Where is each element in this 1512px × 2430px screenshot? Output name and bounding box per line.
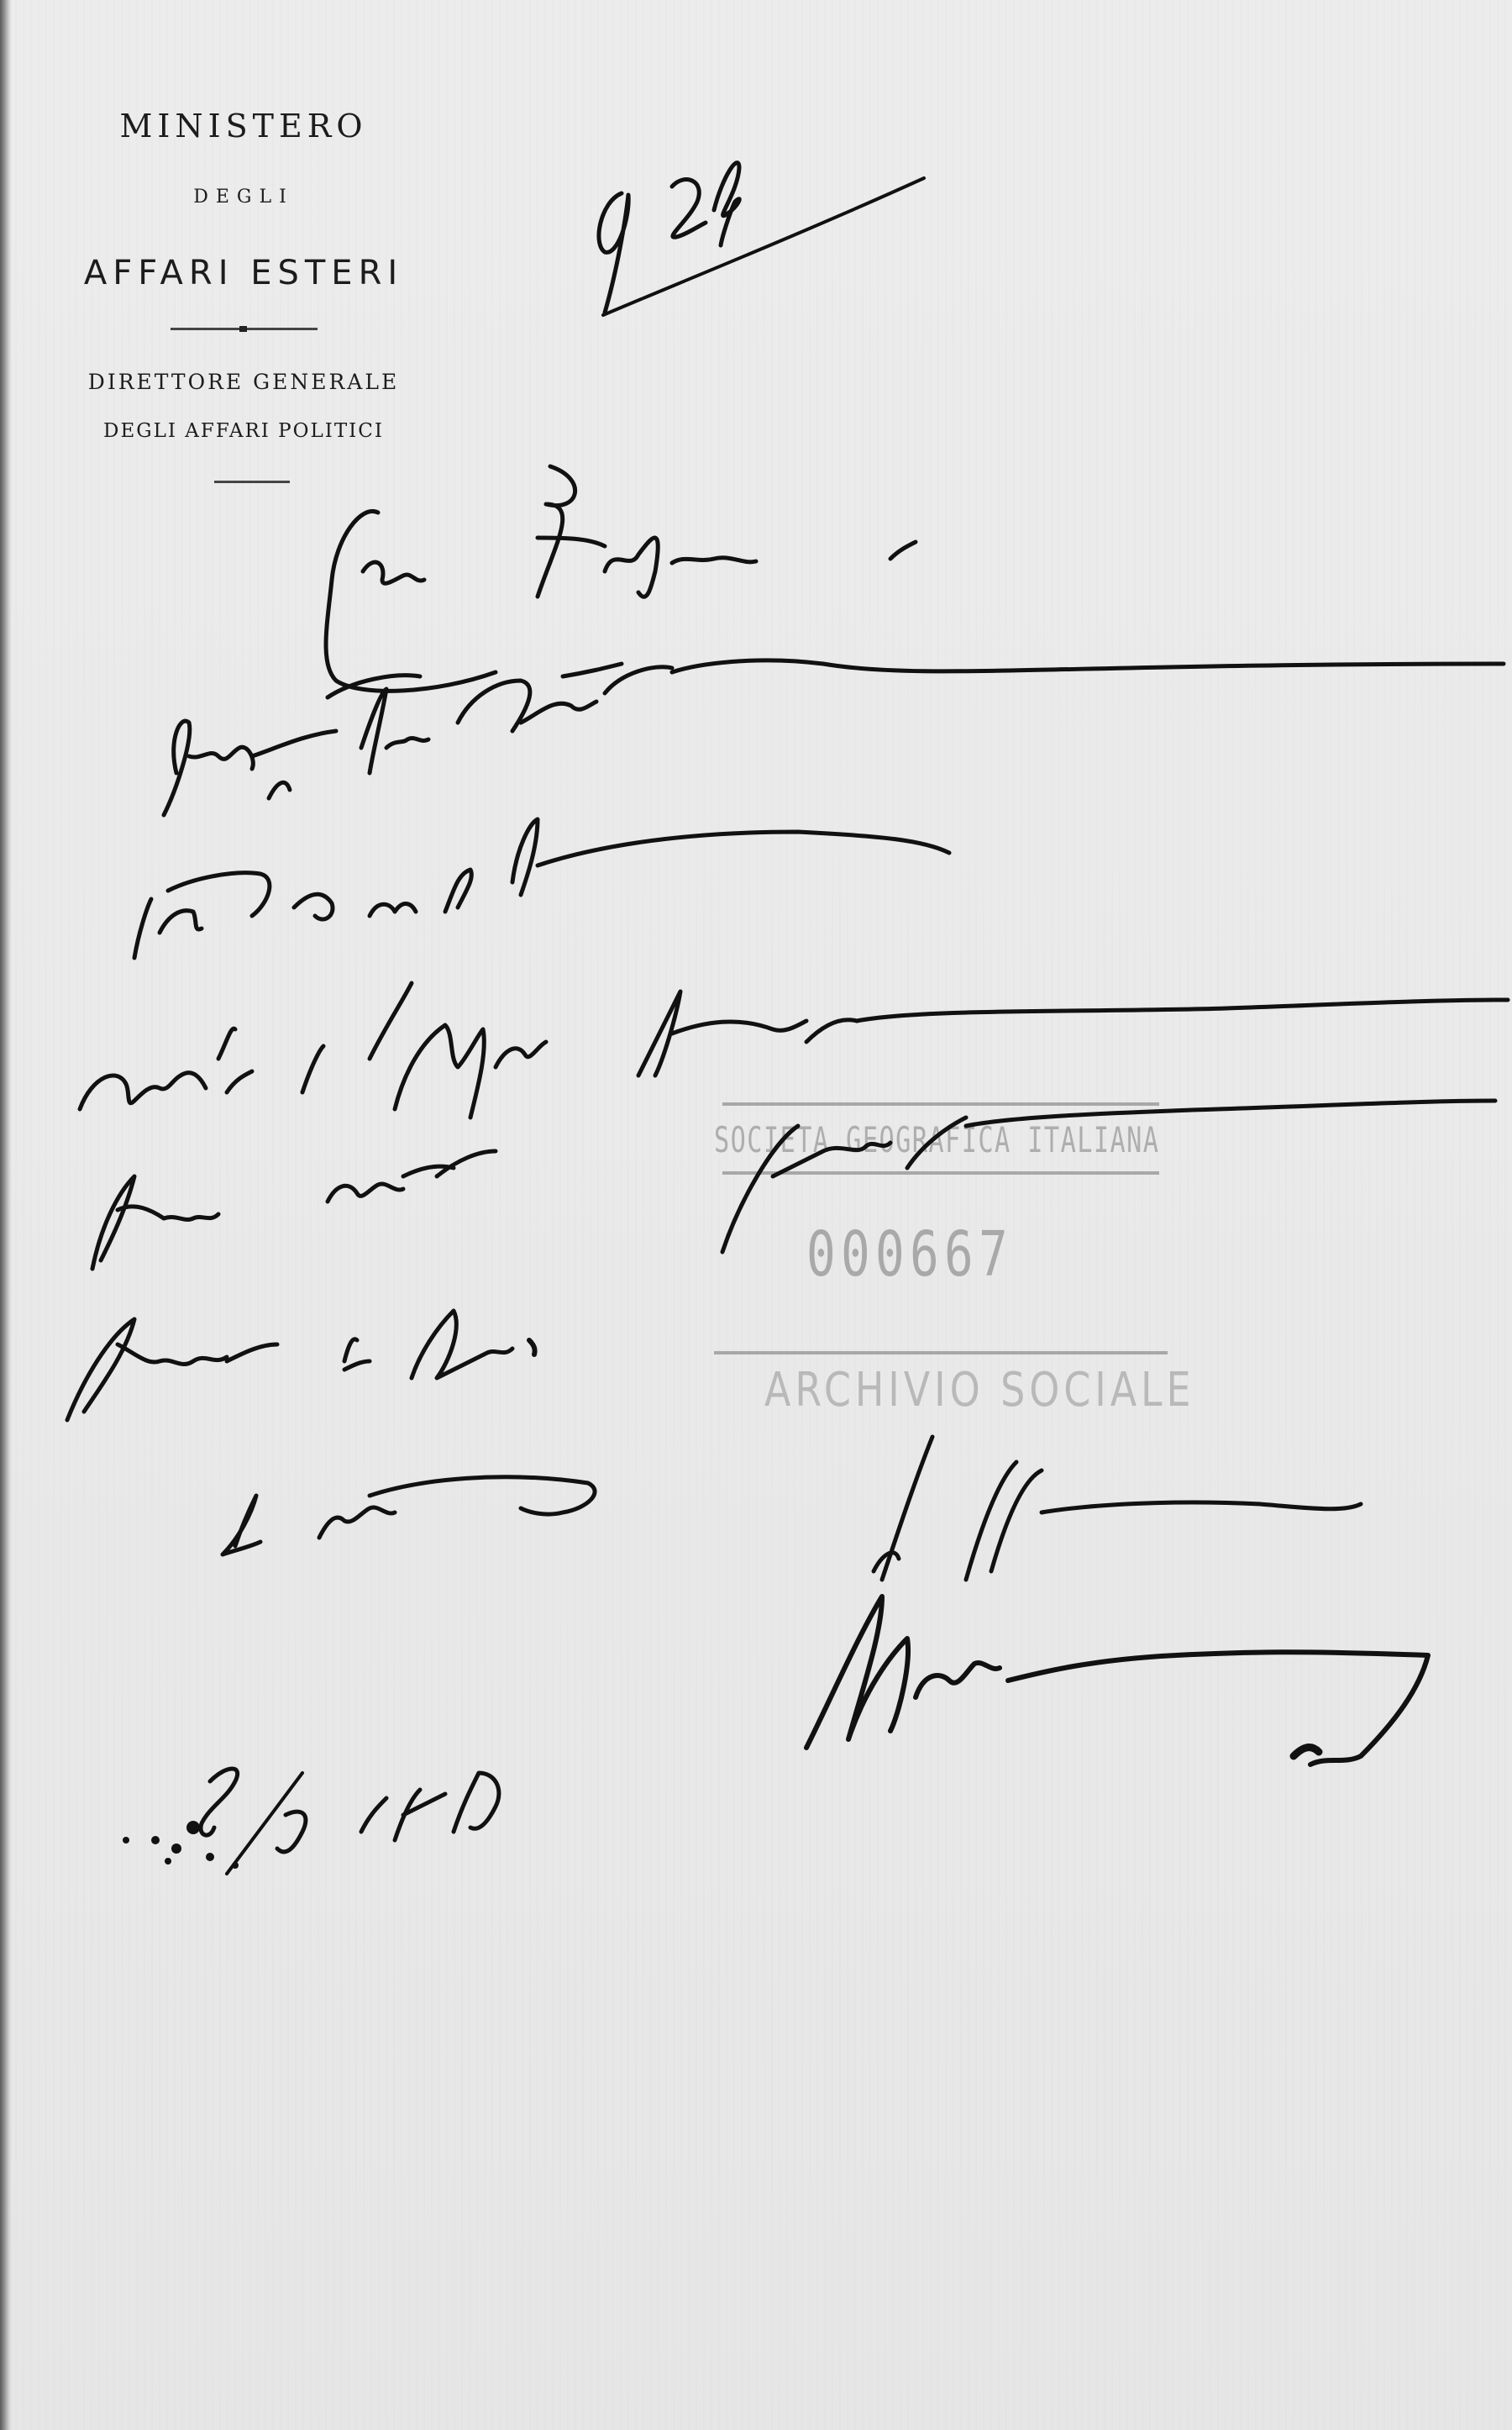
stamp-rule-top — [722, 1102, 1159, 1106]
letterhead-ministero: MINISTERO — [34, 108, 454, 145]
letterhead-affari-esteri: AFFARI ESTERI — [34, 254, 454, 292]
letterhead-degli: DEGLI — [34, 187, 454, 208]
letterhead-direttore-generale: DIRETTORE GENERALE — [34, 370, 454, 394]
letterhead-ornamental-rule — [171, 328, 318, 330]
stamp-society-name: SOCIETA GEOGRAFICA ITALIANA — [714, 1119, 1159, 1160]
paper-left-edge — [0, 0, 12, 2430]
stamp-archive-number: 000667 — [806, 1218, 1013, 1291]
letterhead-short-rule — [214, 481, 290, 483]
stamp-rule-lower — [714, 1351, 1168, 1354]
stamp-rule-upper — [722, 1171, 1159, 1175]
archive-stamp: SOCIETA GEOGRAFICA ITALIANA 000667 ARCHI… — [689, 1084, 1184, 1420]
stamp-archive-label: ARCHIVIO SOCIALE — [764, 1363, 1195, 1417]
letterhead-affari-politici: DEGLI AFFARI POLITICI — [34, 420, 454, 442]
